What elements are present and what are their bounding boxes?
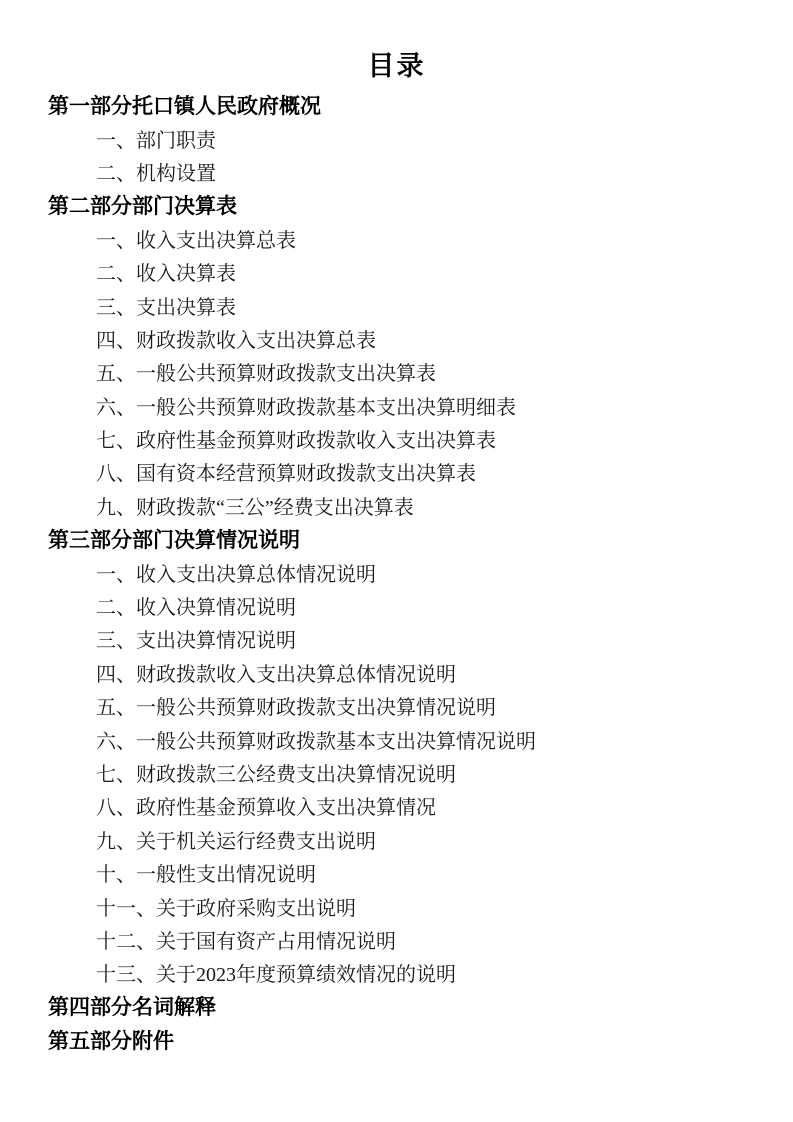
toc-item: 六、一般公共预算财政拨款基本支出决算明细表 [48, 389, 753, 422]
toc-item: 一、收入支出决算总体情况说明 [48, 555, 753, 588]
document-page: 目录 第一部分托口镇人民政府概况 一、部门职责 二、机构设置 第二部分部门决算表… [0, 0, 793, 1122]
toc-item: 一、收入支出决算总表 [48, 222, 753, 255]
page-title: 目录 [0, 0, 793, 82]
toc-item: 二、收入决算表 [48, 255, 753, 288]
toc-item: 十、一般性支出情况说明 [48, 856, 753, 889]
toc-item: 五、一般公共预算财政拨款支出决算情况说明 [48, 689, 753, 722]
toc-item: 五、一般公共预算财政拨款支出决算表 [48, 355, 753, 388]
toc-item: 十一、关于政府采购支出说明 [48, 889, 753, 922]
toc-item: 九、关于机关运行经费支出说明 [48, 823, 753, 856]
toc-item: 八、政府性基金预算收入支出决算情况 [48, 789, 753, 822]
toc-item: 一、部门职责 [48, 121, 753, 154]
toc-item: 十三、关于2023年度预算绩效情况的说明 [48, 956, 753, 989]
toc-section-heading-2: 第二部分部门决算表 [48, 188, 753, 221]
toc-item: 七、财政拨款三公经费支出决算情况说明 [48, 756, 753, 789]
toc-item: 九、财政拨款“三公”经费支出决算表 [48, 489, 753, 522]
toc-section-heading-3: 第三部分部门决算情况说明 [48, 522, 753, 555]
toc-item: 二、收入决算情况说明 [48, 589, 753, 622]
toc-item: 二、机构设置 [48, 155, 753, 188]
toc-item: 六、一般公共预算财政拨款基本支出决算情况说明 [48, 722, 753, 755]
toc-item: 三、支出决算表 [48, 288, 753, 321]
toc-item: 三、支出决算情况说明 [48, 622, 753, 655]
toc-section-heading-4: 第四部分名词解释 [48, 990, 753, 1023]
toc-item: 四、财政拨款收入支出决算总体情况说明 [48, 656, 753, 689]
toc-section-heading-1: 第一部分托口镇人民政府概况 [48, 88, 753, 121]
table-of-contents: 第一部分托口镇人民政府概况 一、部门职责 二、机构设置 第二部分部门决算表 一、… [0, 82, 793, 1056]
toc-section-heading-5: 第五部分附件 [48, 1023, 753, 1056]
toc-item: 七、政府性基金预算财政拨款收入支出决算表 [48, 422, 753, 455]
toc-item: 八、国有资本经营预算财政拨款支出决算表 [48, 455, 753, 488]
toc-item: 四、财政拨款收入支出决算总表 [48, 322, 753, 355]
toc-item: 十二、关于国有资产占用情况说明 [48, 923, 753, 956]
